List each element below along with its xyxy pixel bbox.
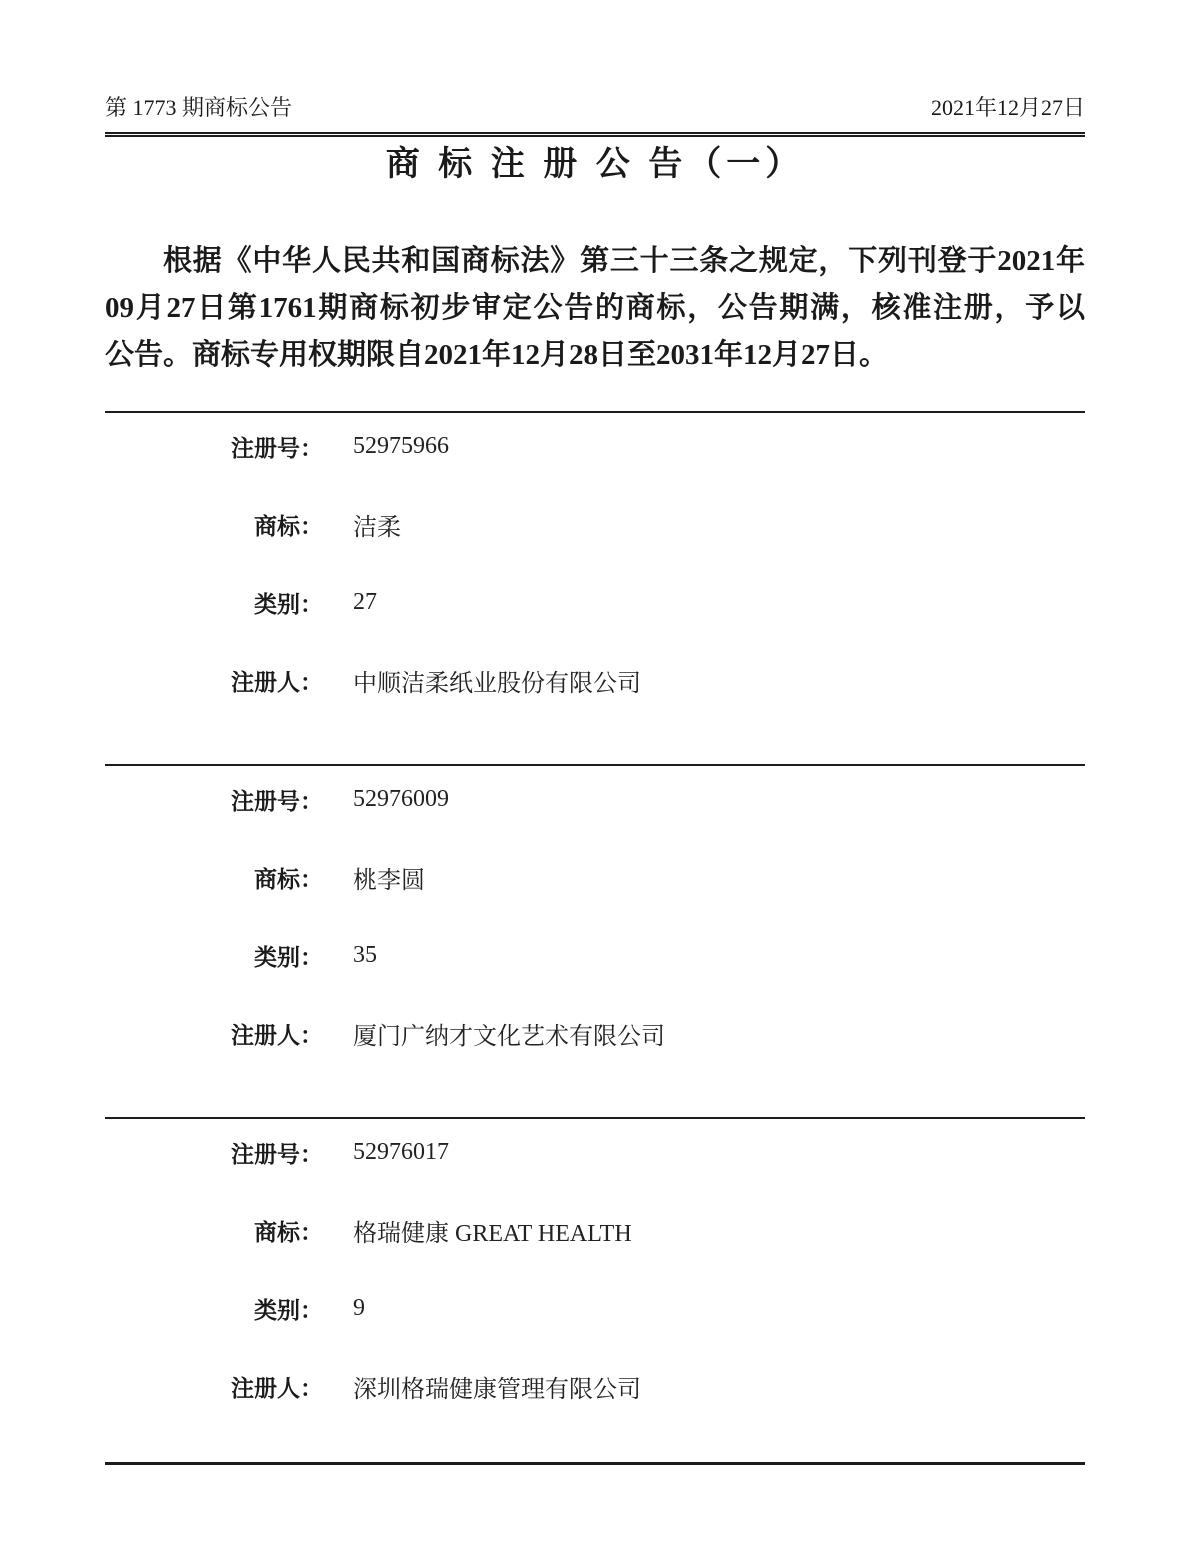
field-label: 类别： — [105, 939, 323, 972]
record-row-trademark: 商标： 洁柔 — [105, 485, 1085, 563]
record-row-registrant: 注册人： 中顺洁柔纸业股份有限公司 — [105, 641, 1085, 719]
records: 注册号： 52975966 商标： 洁柔 类别： 27 注册人： 中顺洁柔纸业股… — [105, 411, 1085, 1465]
field-value: 桃李圆 — [323, 860, 425, 895]
field-label: 商标： — [105, 1214, 323, 1247]
trademark-record: 注册号： 52975966 商标： 洁柔 类别： 27 注册人： 中顺洁柔纸业股… — [105, 411, 1085, 764]
record-row-trademark: 商标： 格瑞健康 GREAT HEALTH — [105, 1191, 1085, 1269]
page-title: 商 标 注 册 公 告（一） — [0, 146, 1190, 183]
record-row-trademark: 商标： 桃李圆 — [105, 838, 1085, 916]
record-row-reg-no: 注册号： 52976009 — [105, 760, 1085, 838]
record-row-class: 类别： 35 — [105, 916, 1085, 994]
field-label: 注册号： — [105, 1136, 323, 1169]
field-value: 35 — [323, 942, 377, 969]
intro-paragraph: 根据《中华人民共和国商标法》第三十三条之规定，下列刊登于2021年 09月27日… — [105, 238, 1085, 379]
field-value: 中顺洁柔纸业股份有限公司 — [323, 663, 641, 698]
field-value: 格瑞健康 GREAT HEALTH — [323, 1213, 632, 1248]
field-value: 52976009 — [323, 786, 449, 813]
field-label: 注册号： — [105, 430, 323, 463]
record-row-registrant: 注册人： 深圳格瑞健康管理有限公司 — [105, 1347, 1085, 1425]
trademark-record: 注册号： 52976009 商标： 桃李圆 类别： 35 注册人： 厦门广纳才文… — [105, 764, 1085, 1117]
field-value: 厦门广纳才文化艺术有限公司 — [323, 1016, 665, 1051]
field-value: 洁柔 — [323, 507, 401, 542]
field-label: 注册人： — [105, 664, 323, 697]
field-value: 9 — [323, 1295, 365, 1322]
gazette-date: 2021年12月27日 — [931, 95, 1085, 121]
record-row-class: 类别： 27 — [105, 563, 1085, 641]
field-label: 类别： — [105, 1292, 323, 1325]
trademark-record: 注册号： 52976017 商标： 格瑞健康 GREAT HEALTH 类别： … — [105, 1117, 1085, 1462]
field-label: 注册人： — [105, 1370, 323, 1403]
record-row-reg-no: 注册号： 52976017 — [105, 1113, 1085, 1191]
intro-line: 09月27日第1761期商标初步审定公告的商标，公告期满，核准注册，予以 — [105, 285, 1085, 332]
intro-line: 公告。商标专用权期限自2021年12月28日至2031年12月27日。 — [105, 332, 1085, 379]
field-value: 52975966 — [323, 433, 449, 460]
page-header: 第 1773 期商标公告 2021年12月27日 — [105, 95, 1085, 121]
field-label: 注册人： — [105, 1017, 323, 1050]
gazette-page: 第 1773 期商标公告 2021年12月27日 商 标 注 册 公 告（一） … — [0, 0, 1190, 1564]
field-value: 52976017 — [323, 1139, 449, 1166]
record-row-class: 类别： 9 — [105, 1269, 1085, 1347]
header-rule — [105, 132, 1085, 137]
record-row-registrant: 注册人： 厦门广纳才文化艺术有限公司 — [105, 994, 1085, 1072]
field-label: 注册号： — [105, 783, 323, 816]
field-label: 商标： — [105, 508, 323, 541]
record-row-reg-no: 注册号： 52975966 — [105, 407, 1085, 485]
field-label: 类别： — [105, 586, 323, 619]
gazette-issue-label: 第 1773 期商标公告 — [105, 95, 292, 121]
field-value: 27 — [323, 589, 377, 616]
field-value: 深圳格瑞健康管理有限公司 — [323, 1369, 641, 1404]
field-label: 商标： — [105, 861, 323, 894]
intro-line: 根据《中华人民共和国商标法》第三十三条之规定，下列刊登于2021年 — [105, 238, 1085, 285]
